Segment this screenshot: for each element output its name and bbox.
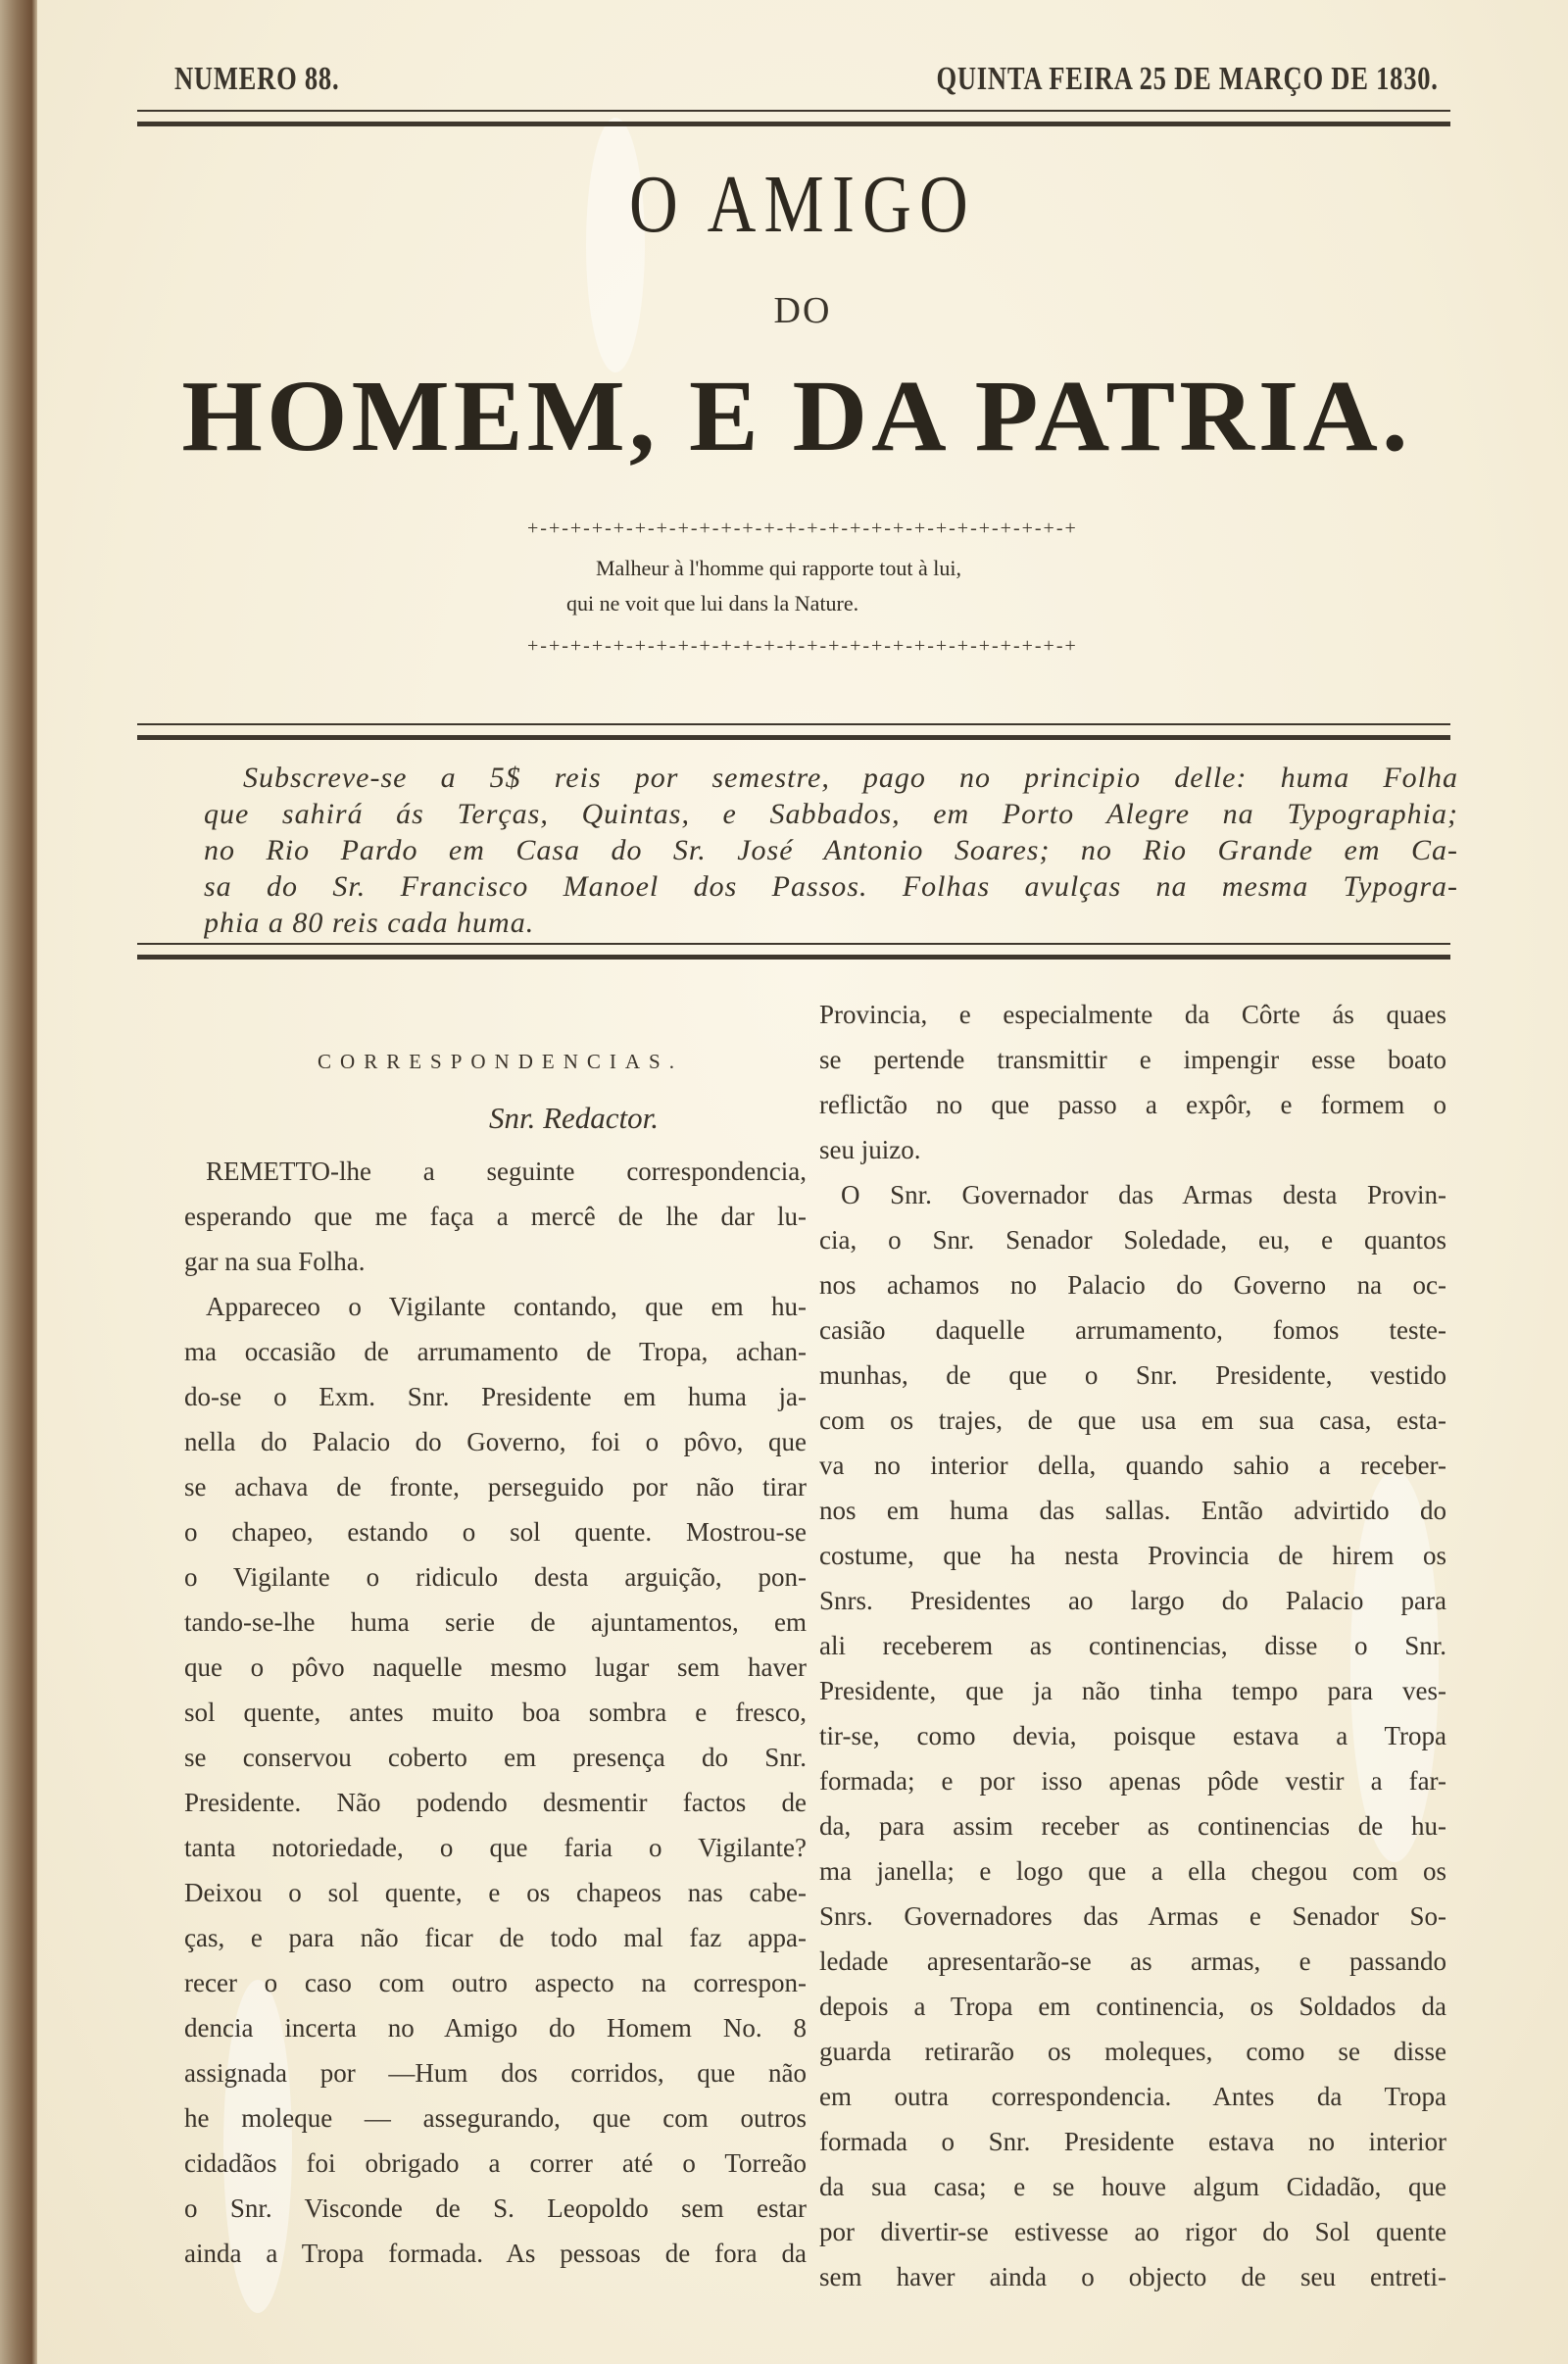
motto-line-1: Malheur à l'homme qui rapporte tout à lu… (566, 551, 1115, 586)
text-line: do-se o Exm. Snr. Presidente em huma ja- (184, 1374, 807, 1419)
text-line: nella do Palacio do Governo, foi o pôvo,… (184, 1419, 807, 1464)
text-line: guarda retirarão os moleques, como se di… (819, 2029, 1446, 2074)
text-line: da, para assim receber as continencias d… (819, 1803, 1446, 1848)
subscription-rule-bottom (137, 943, 1450, 960)
text-line: nos achamos no Palacio do Governo na oc- (819, 1262, 1446, 1307)
text-line: formada; e por isso apenas pôde vestir a… (819, 1758, 1446, 1803)
text-line: tando-se-lhe huma serie de ajuntamentos,… (184, 1600, 807, 1645)
ornament-rule-bottom: +-+-+-+-+-+-+-+-+-+-+-+-+-+-+-+-+-+-+-+-… (527, 635, 1076, 658)
ornament-rule-top: +-+-+-+-+-+-+-+-+-+-+-+-+-+-+-+-+-+-+-+-… (527, 517, 1076, 540)
section-heading: CORRESPONDENCIAS. (184, 1039, 807, 1084)
text-line: O Snr. Governador das Armas desta Provin… (819, 1172, 1446, 1217)
text-line: ças, e para não ficar de todo mal faz ap… (184, 1915, 807, 1960)
article-column-left: CORRESPONDENCIAS. Snr. Redactor. REMETTO… (184, 980, 807, 2276)
book-binding-edge (0, 0, 37, 2364)
article-column-right: Provincia, e especialmente da Côrte ás q… (819, 992, 1446, 2299)
text-line: ainda a Tropa formada. As pessoas de for… (184, 2231, 807, 2276)
text-line: que o pôvo naquelle mesmo lugar sem have… (184, 1645, 807, 1690)
text-line: sem haver ainda o objecto de seu entreti… (819, 2254, 1446, 2299)
text-line: se conservou coberto em presença do Snr. (184, 1735, 807, 1780)
text-line: Snrs. Governadores das Armas e Senador S… (819, 1894, 1446, 1939)
salutation: Snr. Redactor. (341, 1096, 807, 1141)
text-line: gar na sua Folha. (184, 1239, 807, 1284)
text-line: sol quente, antes muito boa sombra e fre… (184, 1690, 807, 1735)
text-line: em outra correspondencia. Antes da Tropa (819, 2074, 1446, 2119)
text-line: assignada por —Hum dos corridos, que não (184, 2050, 807, 2095)
text-line: Provincia, e especialmente da Côrte ás q… (819, 992, 1446, 1037)
text-line: o Snr. Visconde de S. Leopoldo sem estar (184, 2186, 807, 2231)
text-line: munhas, de que o Snr. Presidente, vestid… (819, 1353, 1446, 1398)
subscription-rule-top (137, 723, 1450, 740)
issue-date: QUINTA FEIRA 25 DE MARÇO DE 1830. (937, 61, 1439, 98)
text-line: depois a Tropa em continencia, os Soldad… (819, 1984, 1446, 2029)
text-line: Presidente. Não podendo desmentir factos… (184, 1780, 807, 1825)
text-line: tir-se, como devia, poisque estava a Tro… (819, 1713, 1446, 1758)
subscription-notice: Subscreve-se a 5$ reis por semestre, pag… (204, 760, 1458, 941)
subscription-line: no Rio Pardo em Casa do Sr. José Antonio… (204, 832, 1458, 868)
text-line: costume, que ha nesta Provincia de hirem… (819, 1533, 1446, 1578)
text-line: Deixou o sol quente, e os chapeos nas ca… (184, 1870, 807, 1915)
text-line: o Vigilante o ridiculo desta arguição, p… (184, 1554, 807, 1600)
text-line: por divertir-se estivesse ao rigor do So… (819, 2209, 1446, 2254)
text-line: ma occasião de arrumamento de Tropa, ach… (184, 1329, 807, 1374)
text-line: ledade apresentarão-se as armas, e passa… (819, 1939, 1446, 1984)
text-line: nos em huma das sallas. Então advirtido … (819, 1488, 1446, 1533)
title-line-2: DO (37, 289, 1568, 332)
text-line: formada o Snr. Presidente estava no inte… (819, 2119, 1446, 2164)
text-line: va no interior della, quando sahio a rec… (819, 1443, 1446, 1488)
text-line: o chapeo, estando o sol quente. Mostrou-… (184, 1509, 807, 1554)
text-line: ali receberem as continencias, disse o S… (819, 1623, 1446, 1668)
text-line: Appareceo o Vigilante contando, que em h… (184, 1284, 807, 1329)
text-line: da sua casa; e se houve algum Cidadão, q… (819, 2164, 1446, 2209)
motto: Malheur à l'homme qui rapporte tout à lu… (566, 551, 1115, 621)
title-line-1: O AMIGO (175, 157, 1431, 252)
masthead-dateline: NUMERO 88. QUINTA FEIRA 25 DE MARÇO DE 1… (174, 61, 1458, 100)
text-line: tanta notoriedade, o que faria o Vigilan… (184, 1825, 807, 1870)
text-line: se pertende transmittir e impengir esse … (819, 1037, 1446, 1082)
subscription-line: que sahirá ás Terças, Quintas, e Sabbado… (204, 796, 1458, 832)
text-line: REMETTO-lhe a seguinte correspondencia, (184, 1149, 807, 1194)
text-line: casião daquelle arrumamento, fomos teste… (819, 1307, 1446, 1353)
text-line: ma janella; e logo que a ella chegou com… (819, 1848, 1446, 1894)
text-line: dencia incerta no Amigo do Homem No. 8 (184, 2005, 807, 2050)
subscription-line: sa do Sr. Francisco Manoel dos Passos. F… (204, 868, 1458, 905)
subscription-line: Subscreve-se a 5$ reis por semestre, pag… (204, 760, 1458, 796)
subscription-line: phia a 80 reis cada huma. (204, 905, 1458, 941)
text-line: esperando que me faça a mercê de lhe dar… (184, 1194, 807, 1239)
text-line: recer o caso com outro aspecto na corres… (184, 1960, 807, 2005)
title-line-3: HOMEM, E DA PATRIA. (132, 358, 1462, 474)
text-line: he moleque — assegurando, que com outros (184, 2095, 807, 2141)
newspaper-page: NUMERO 88. QUINTA FEIRA 25 DE MARÇO DE 1… (37, 0, 1568, 2364)
text-line: reflictão no que passo a expôr, e formem… (819, 1082, 1446, 1127)
text-line: com os trajes, de que usa em sua casa, e… (819, 1398, 1446, 1443)
text-line: seu juizo. (819, 1127, 1446, 1172)
text-line: Presidente, que ja não tinha tempo para … (819, 1668, 1446, 1713)
text-line: se achava de fronte, perseguido por não … (184, 1464, 807, 1509)
motto-line-2: qui ne voit que lui dans la Nature. (566, 591, 858, 616)
issue-number: NUMERO 88. (174, 61, 339, 98)
text-line: cidadãos foi obrigado a correr até o Tor… (184, 2141, 807, 2186)
text-line: cia, o Snr. Senador Soledade, eu, e quan… (819, 1217, 1446, 1262)
masthead-rule (137, 110, 1450, 126)
text-line: Snrs. Presidentes ao largo do Palacio pa… (819, 1578, 1446, 1623)
